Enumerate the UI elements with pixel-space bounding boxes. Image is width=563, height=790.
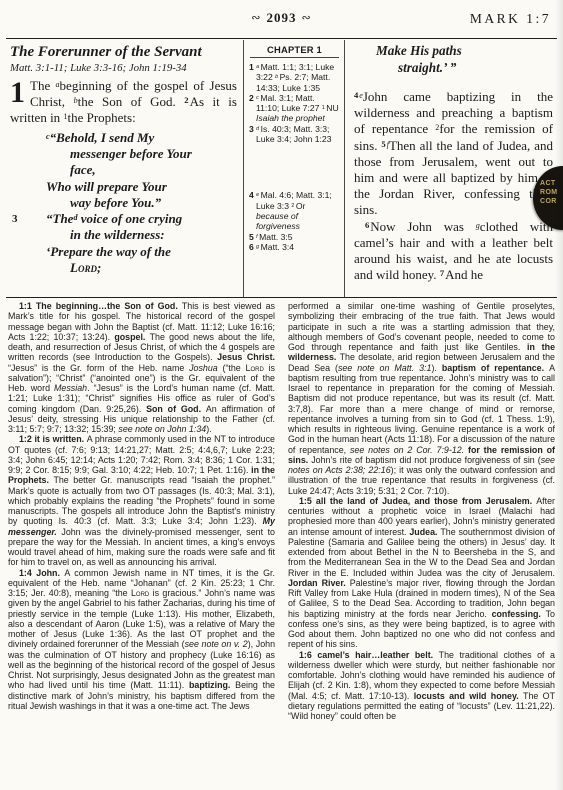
section-heading: The Forerunner of the Servant xyxy=(10,43,237,61)
commentary-column-left: 1:1 The beginning…the Son of God. This i… xyxy=(8,301,275,790)
cross-reference-entry: 4 e Mal. 4:6; Matt. 3:1; Luke 3:3 2 Or b… xyxy=(249,190,340,231)
verse-6-7-paragraph: 6Now John was gclothed with camel’s hair… xyxy=(354,219,553,284)
chapter-number-drop-cap: 1 xyxy=(10,78,30,106)
cross-reference-entry: 6 g Matt. 3:4 xyxy=(249,242,340,252)
book-chapter-verse-reference: MARK 1:7 xyxy=(470,11,551,27)
tab-label: ACT xyxy=(540,179,563,188)
verse-4-5-paragraph: 4eJohn came baptizing in the wilderness … xyxy=(354,89,553,219)
commentary-section: 1:1 The beginning…the Son of God. This i… xyxy=(8,301,555,790)
poetry-quotation: c“Behold, I send My messenger before You… xyxy=(10,130,237,277)
scripture-section: The Forerunner of the Servant Matt. 3:1-… xyxy=(6,40,557,297)
tab-label: COR xyxy=(540,197,563,206)
poetry-quotation-continued: Make His paths straight.’ ” xyxy=(354,43,553,76)
poetry-line: face, xyxy=(10,162,237,178)
scroll-ornament-icon: ∾ xyxy=(246,12,266,24)
poetry-line: ‘Prepare the way of the xyxy=(10,244,237,260)
poetry-line: way before You.” xyxy=(10,195,237,211)
poetry-line: messenger before Your xyxy=(10,146,237,162)
commentary-column-right: performed a similar one-time washing of … xyxy=(288,301,555,790)
page-header: ∾2093∾ MARK 1:7 xyxy=(0,10,563,36)
page-number: 2093 xyxy=(267,10,297,25)
cross-reference-entry: 3 d Is. 40:3; Matt. 3:3; Luke 3:4; John … xyxy=(249,124,340,145)
verse-1-2-text: The abeginning of the gospel of Jesus Ch… xyxy=(10,78,237,125)
poetry-line: straight.’ ” xyxy=(354,60,553,77)
scripture-column-left: The Forerunner of the Servant Matt. 3:1-… xyxy=(6,40,243,297)
thumb-index-tab-labels: ACT ROM COR xyxy=(533,166,563,206)
poetry-line-verse-3: 3“Thed voice of one crying xyxy=(10,211,237,227)
parallel-references: Matt. 3:1-11; Luke 3:3-16; John 1:19-34 xyxy=(10,61,237,75)
verse-1-2-paragraph: 1The abeginning of the gospel of Jesus C… xyxy=(10,78,237,127)
cross-reference-entry: 5 f Matt. 3:5 xyxy=(249,232,340,242)
poetry-line: in the wilderness: xyxy=(10,227,237,243)
commentary-note-1-4-continued: performed a similar one-time washing of … xyxy=(288,301,555,496)
commentary-note-1-6: 1:6 camel’s hair…leather belt. The tradi… xyxy=(288,650,555,722)
chapter-label: CHAPTER 1 xyxy=(250,42,339,58)
commentary-divider xyxy=(6,297,557,298)
cross-reference-entry: 2 c Mal. 3:1; Matt. 11:10; Luke 7:27 1 N… xyxy=(249,93,340,124)
poetry-line-text: “Thed voice of one crying xyxy=(46,211,182,226)
poetry-line: Lord; xyxy=(10,260,237,276)
scripture-column-right: Make His paths straight.’ ” 4eJohn came … xyxy=(345,40,557,297)
poetry-line: Who will prepare Your xyxy=(10,179,237,195)
poetry-line: Make His paths xyxy=(354,43,553,60)
commentary-note-1-1: 1:1 The beginning…the Son of God. This i… xyxy=(8,301,275,434)
tab-label: ROM xyxy=(540,188,563,197)
verse-number-3: 3 xyxy=(12,211,18,227)
bible-page: ∾2093∾ MARK 1:7 The Forerunner of the Se… xyxy=(0,0,563,790)
commentary-note-1-4: 1:4 John. A common Jewish name in NT tim… xyxy=(8,568,275,712)
scroll-ornament-icon: ∾ xyxy=(297,12,317,24)
header-divider xyxy=(6,38,557,39)
poetry-line: c“Behold, I send My xyxy=(10,130,237,146)
cross-reference-entry: 1 a Matt. 1:1; 3:1; Luke 3:22 b Ps. 2:7;… xyxy=(249,62,340,93)
commentary-note-1-2: 1:2 it is written. A phrase commonly use… xyxy=(8,434,275,567)
cross-reference-column: CHAPTER 1 1 a Matt. 1:1; 3:1; Luke 3:22 … xyxy=(243,40,345,297)
commentary-note-1-5: 1:5 all the land of Judea, and those fro… xyxy=(288,496,555,650)
